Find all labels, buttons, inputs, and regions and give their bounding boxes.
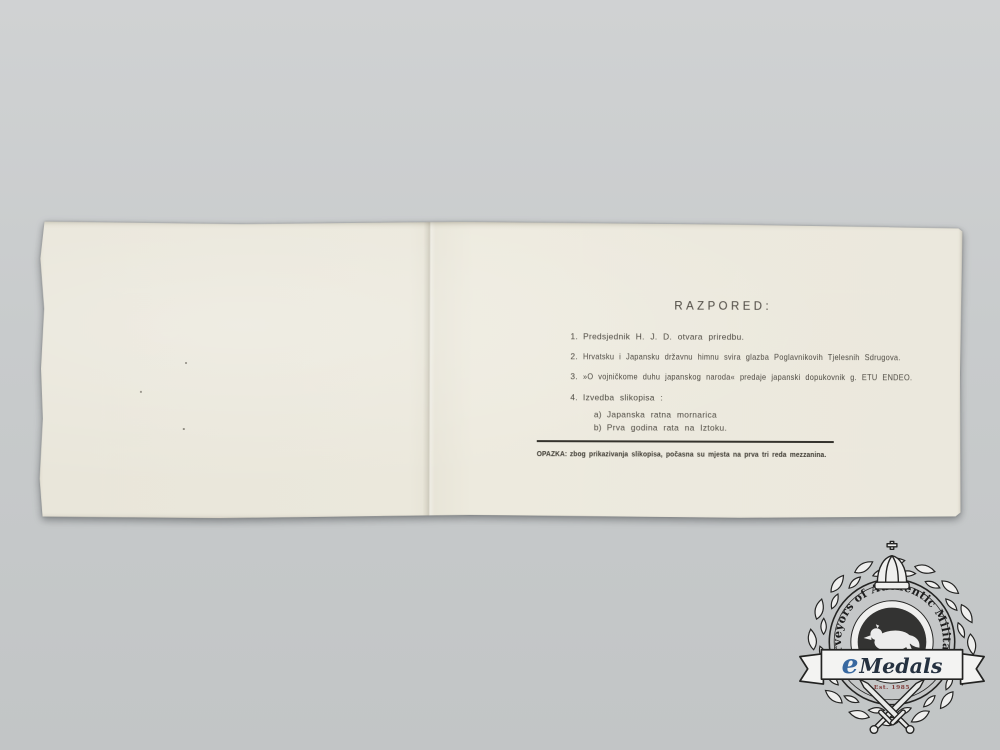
crown-icon [875, 541, 909, 589]
note-divider [537, 440, 834, 443]
note-label: OPAZKA: [537, 449, 567, 458]
item-number: 4. [566, 392, 578, 402]
program-title: RAZPORED: [637, 300, 809, 313]
program-item: 1. Predsjednik H. J. D. otvara priredbu. [566, 331, 744, 342]
subitem-text: Japanska ratna mornarica [607, 409, 717, 419]
note-text: zbog prikazivanja slikopisa, počasna su … [570, 449, 826, 459]
program-subitem: a) Japanska ratna mornarica [592, 409, 717, 419]
program-note: OPAZKA:zbog prikazivanja slikopisa, poča… [537, 449, 827, 459]
invitation-card: RAZPORED: 1. Predsjednik H. J. D. otvara… [40, 221, 963, 521]
emedals-watermark-logo: Purveyors of Authentic Militaria [794, 540, 990, 736]
item-number: 2. [566, 351, 578, 361]
program-content: RAZPORED: 1. Predsjednik H. J. D. otvara… [40, 221, 963, 521]
program-item: 3. »O vojničkome duhu japanskog naroda« … [566, 371, 957, 382]
card-paper: RAZPORED: 1. Predsjednik H. J. D. otvara… [40, 221, 963, 521]
brand-text: eMedals [842, 649, 943, 680]
established-text: Est. 1985 [874, 684, 910, 691]
subitem-letter: b) [592, 422, 602, 432]
item-text: »O vojničkome duhu japanskog naroda« pre… [583, 371, 912, 382]
photo-background: RAZPORED: 1. Predsjednik H. J. D. otvara… [0, 0, 1000, 750]
program-subitem: b) Prva godina rata na Iztoku. [592, 422, 727, 432]
subitem-text: Prva godina rata na Iztoku. [607, 422, 727, 432]
item-text: Izvedba slikopisa : [583, 392, 663, 402]
item-number: 1. [566, 331, 578, 341]
item-text: Predsjednik H. J. D. otvara priredbu. [583, 331, 744, 342]
item-text: Hrvatsku i Japansku državnu himnu svira … [583, 351, 901, 362]
program-item: 2. Hrvatsku i Japansku državnu himnu svi… [566, 351, 944, 362]
item-number: 3. [566, 371, 578, 381]
program-item: 4. Izvedba slikopisa : [566, 392, 663, 402]
subitem-letter: a) [592, 409, 602, 419]
